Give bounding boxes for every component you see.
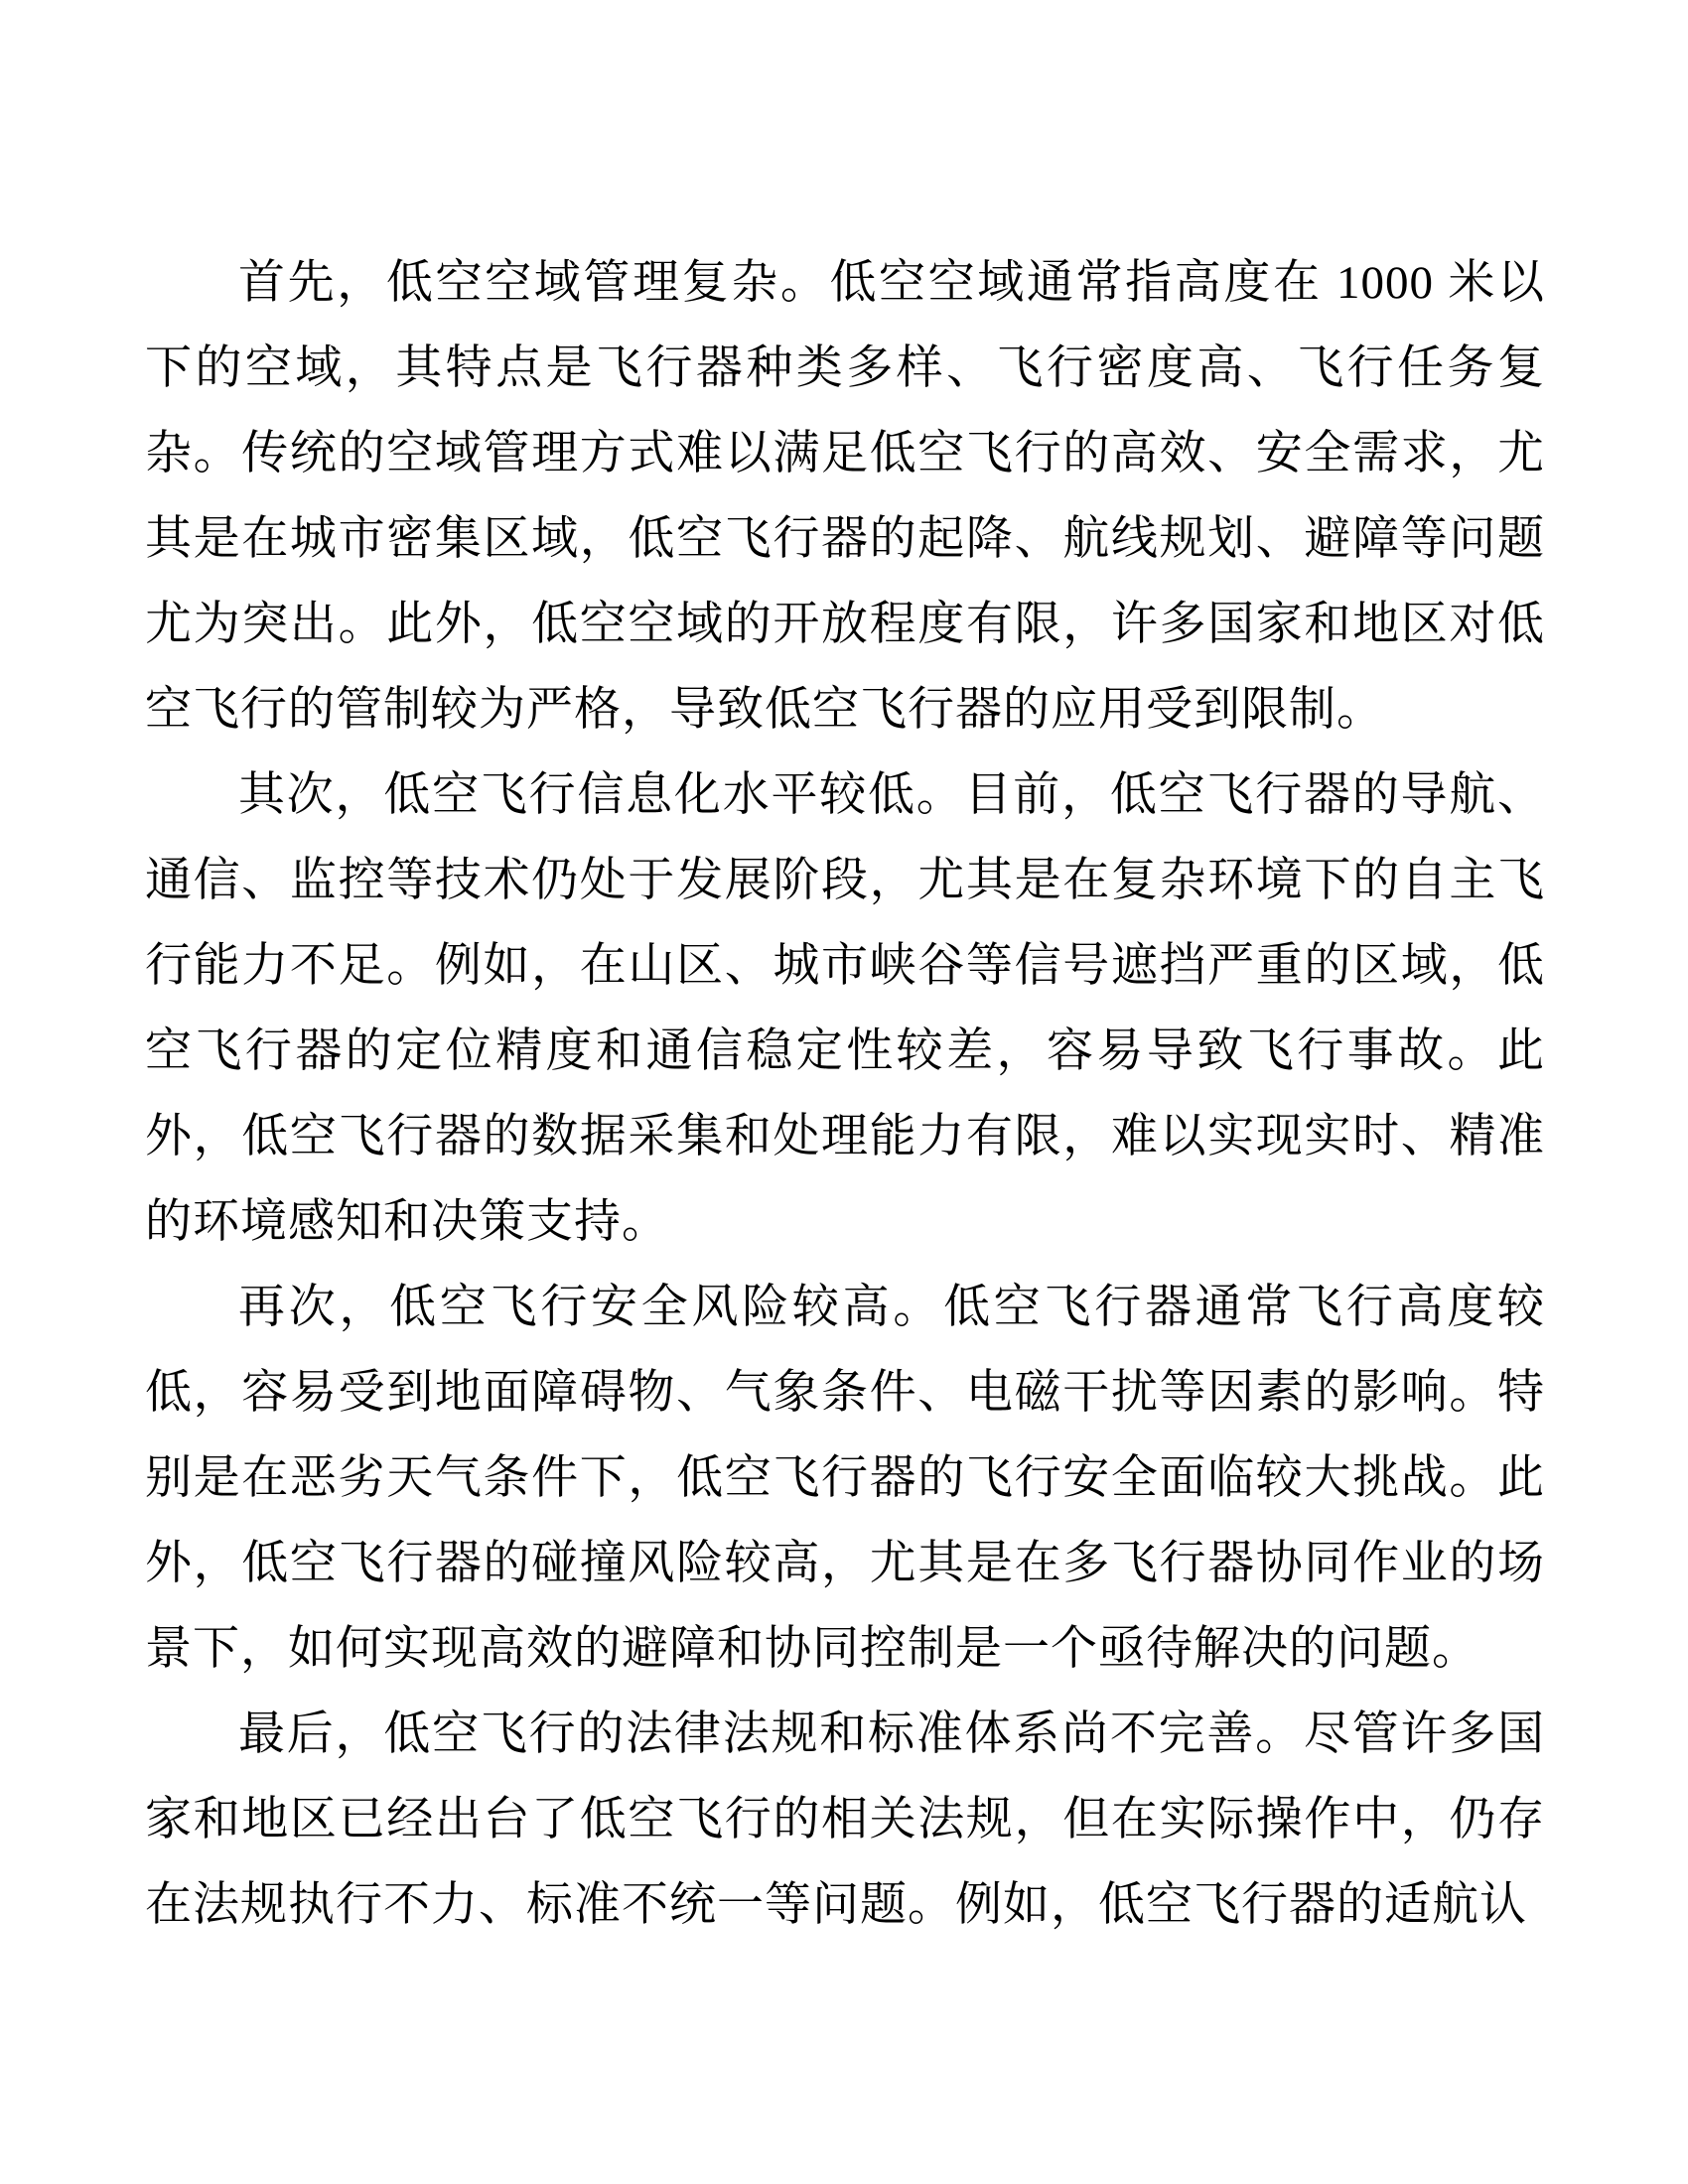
paragraph-safety-risk: 再次，低空飞行安全风险较高。低空飞行器通常飞行高度较低，容易受到地面障碍物、气象…: [145, 1265, 1545, 1692]
paragraph-informatization-level: 其次，低空飞行信息化水平较低。目前，低空飞行器的导航、通信、监控等技术仍处于发展…: [145, 752, 1545, 1265]
paragraph-airspace-management: 首先，低空空域管理复杂。低空空域通常指高度在 1000 米以下的空域，其特点是飞…: [145, 240, 1545, 752]
paragraph-laws-standards: 最后，低空飞行的法律法规和标准体系尚不完善。尽管许多国家和地区已经出台了低空飞行…: [145, 1692, 1545, 1948]
document-page: 首先，低空空域管理复杂。低空空域通常指高度在 1000 米以下的空域，其特点是飞…: [0, 0, 1688, 2184]
document-body: 首先，低空空域管理复杂。低空空域通常指高度在 1000 米以下的空域，其特点是飞…: [145, 240, 1545, 1948]
